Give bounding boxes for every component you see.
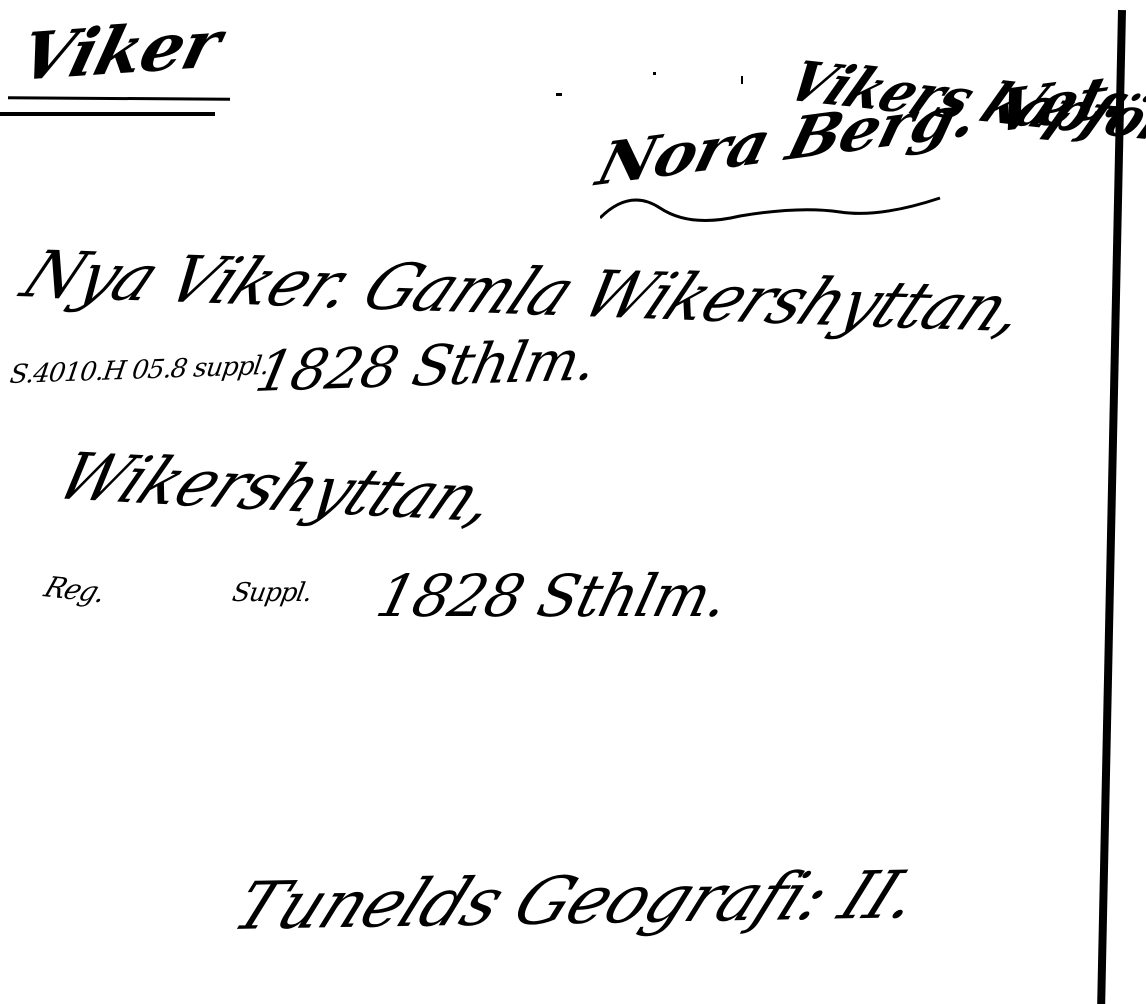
reference-year-place: 1828 Sthlm.: [250, 328, 602, 405]
place-name-wikershyttan: Wikershyttan,: [44, 440, 511, 537]
suppl-label: Suppl.: [230, 578, 314, 608]
scan-speck: [741, 76, 743, 84]
archive-card: Viker Vikers kapfört. Nora Berg. Vet. Ny…: [0, 0, 1146, 1004]
reg-label: Reg.: [40, 570, 110, 609]
heading-underline: [8, 96, 230, 101]
flourish-underline: [600, 188, 960, 228]
scan-speck: [556, 93, 562, 96]
card-edge-border: [1097, 10, 1126, 1004]
reg-year-place: 1828 Sthlm.: [370, 562, 734, 630]
heading-double-underline: [0, 112, 215, 116]
source-footer: Tunelds Geografi: II.: [222, 856, 932, 945]
scan-speck: [653, 72, 656, 75]
card-heading: Viker: [12, 5, 228, 96]
reference-code: S.4010.H 05.8 suppl.: [8, 351, 270, 390]
